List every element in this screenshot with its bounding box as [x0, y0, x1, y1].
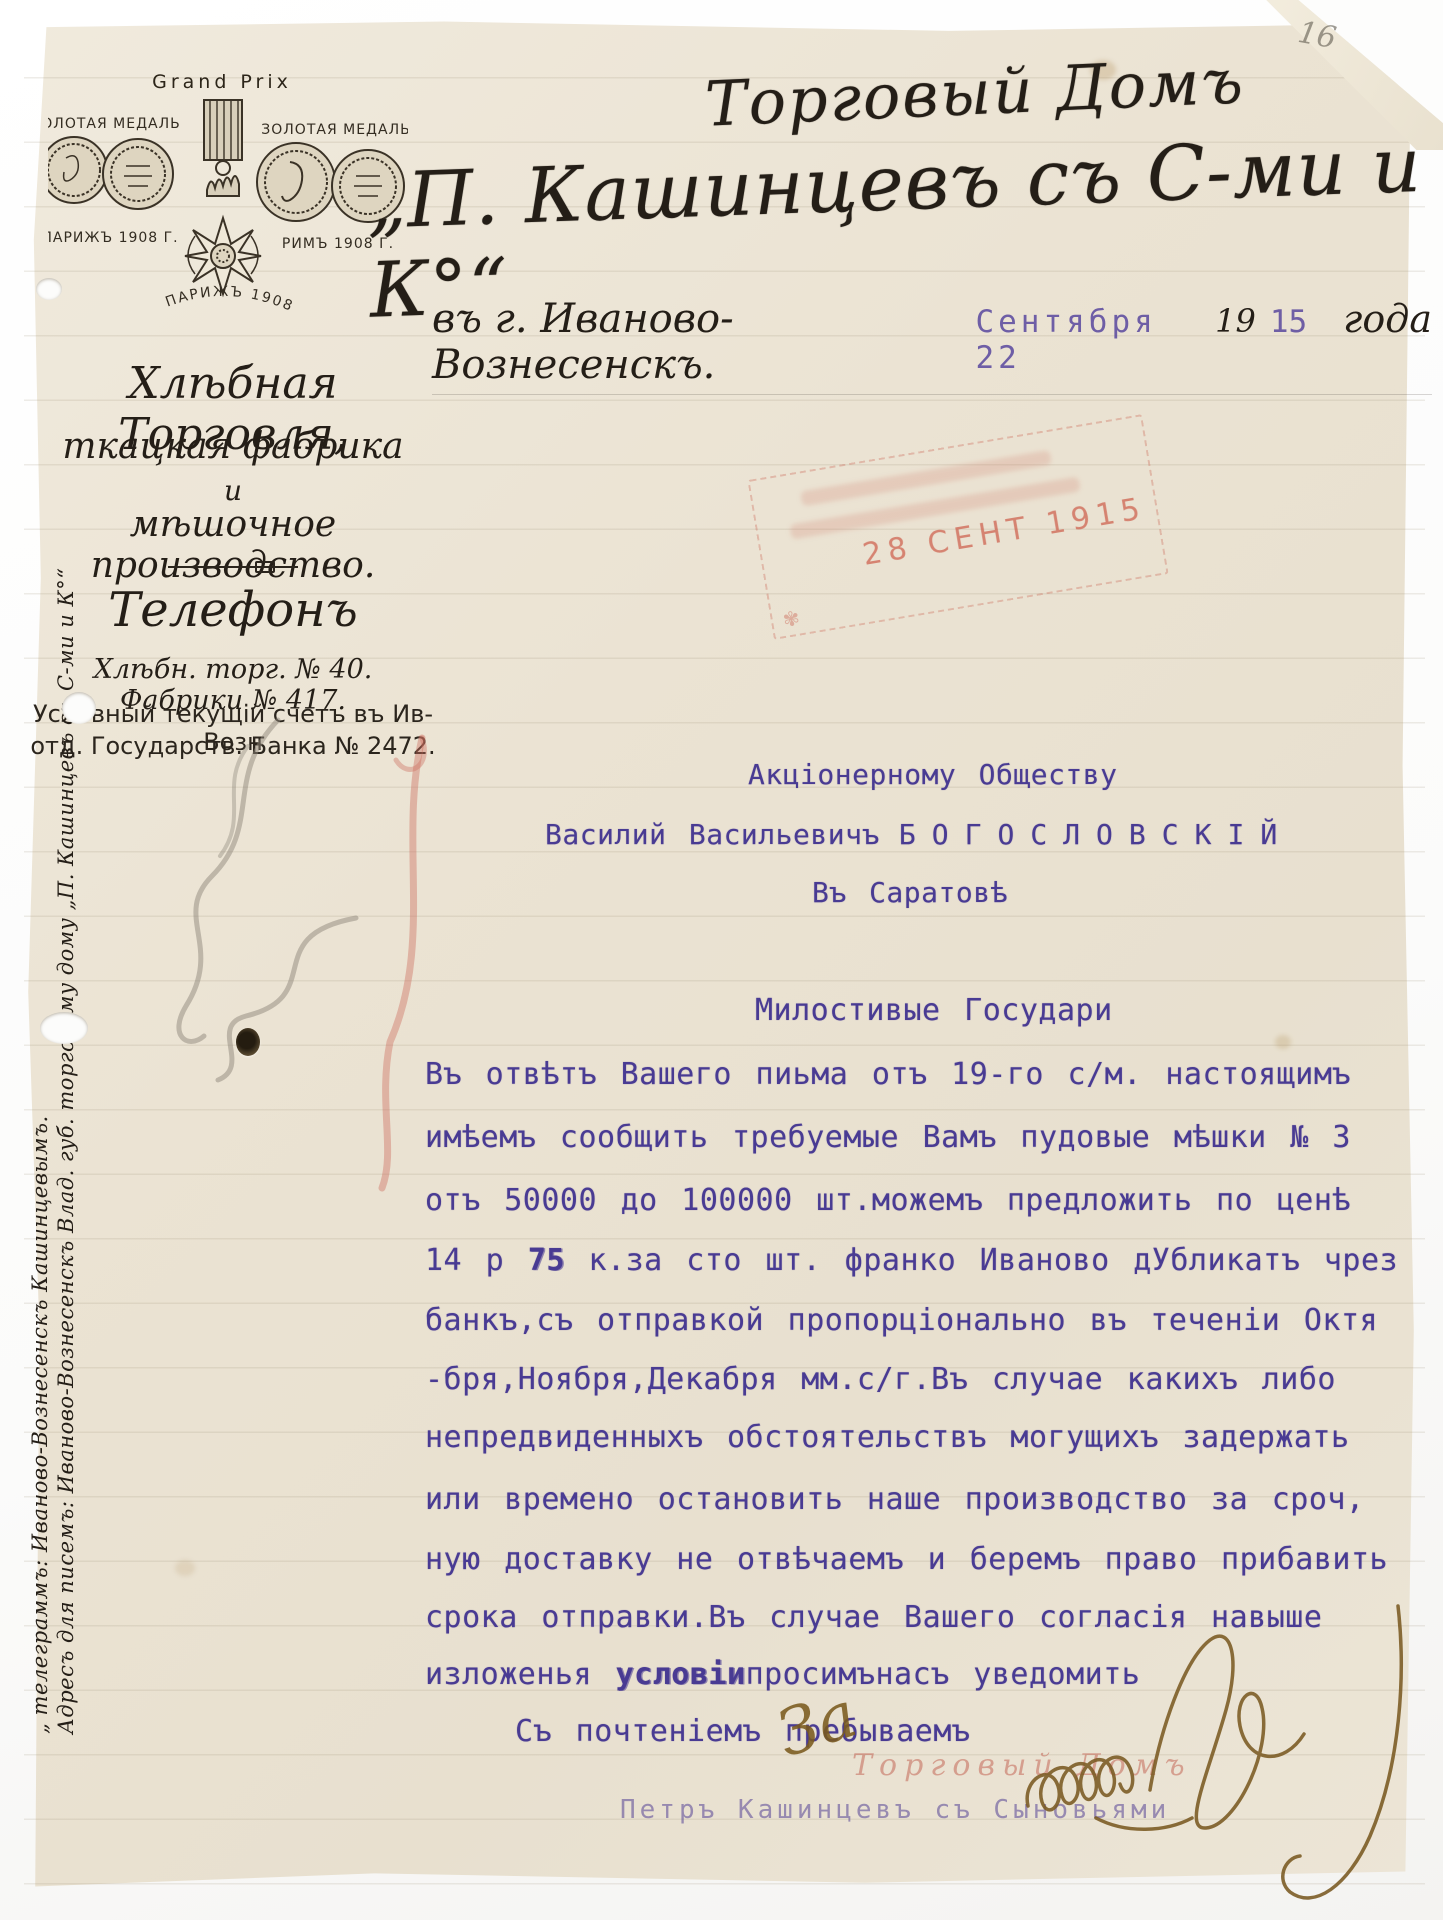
medal-left-place: ПАРИЖЪ 1908 Г. — [48, 230, 179, 246]
body-line: имѣемъ сообщить требуемые Вамъ пудовые м… — [425, 1120, 1351, 1155]
punch-hole — [236, 1028, 260, 1056]
flourish-divider — [168, 566, 298, 568]
recipient-line2: Василий Васильевичъ БОГОСЛОВСКІЙ — [545, 818, 1293, 851]
body-line: Въ отвѣтъ Вашего пиьма отъ 19-го с/м. на… — [425, 1057, 1351, 1092]
salutation: Милостивые Государи — [755, 993, 1113, 1028]
business-line-4: мѣшочное производство. — [28, 504, 438, 586]
body-line4-overstruck: 75 — [528, 1243, 565, 1278]
flourish-divider-tick — [255, 561, 275, 573]
medals-engraving: Grand Prix ЗОЛОТАЯ МЕДАЛЬ — [48, 58, 408, 326]
handwritten-signature — [1000, 1600, 1430, 1920]
medal-right-title: ЗОЛОТАЯ МЕДАЛЬ — [261, 122, 408, 138]
body-line: непредвиденныхъ обстоятельствъ могущихъ … — [425, 1420, 1350, 1455]
paper-stain — [1275, 1035, 1291, 1049]
scanned-letter-photo: Grand Prix ЗОЛОТАЯ МЕДАЛЬ — [0, 0, 1443, 1920]
body-line11-a: изложенья — [425, 1657, 616, 1692]
recipient-line1: Акціонерному Обществу — [748, 758, 1118, 791]
telephone-title: Телефонъ — [28, 582, 438, 638]
paper-tear — [40, 1012, 88, 1044]
medal-left-title: ЗОЛОТАЯ МЕДАЛЬ — [48, 116, 181, 132]
business-line-2: ткацкая фабрика — [28, 426, 438, 467]
body-line: отъ 50000 до 100000 шт.можемъ предложить… — [425, 1183, 1351, 1218]
body-line: 14 р 75 к.за сто шт. франко Иваново дУбл… — [425, 1243, 1398, 1278]
body-line11-overstruck: условіи — [616, 1657, 746, 1692]
recipient-name: Василий Васильевичъ — [545, 818, 880, 851]
year-printed: 19 — [1215, 302, 1256, 340]
date-line: въ г. Иваново-Вознесенскъ. Сентября 22 1… — [432, 296, 1432, 395]
business-line-3: и — [28, 474, 438, 507]
body-line: ную доставку не отвѣчаемъ и беремъ право… — [425, 1542, 1388, 1577]
paper-tear — [36, 278, 62, 300]
paper-tear — [62, 692, 96, 724]
vertical-address-line2: „ телеграммъ: Иваново-Вознесенскъ Кашинц… — [28, 1164, 52, 1734]
recipient-city: Въ Саратовѣ — [812, 876, 1008, 909]
year-stamp: 15 — [1270, 304, 1307, 340]
body-line4-a: 14 р — [425, 1243, 528, 1278]
grand-prix-label: Grand Prix — [152, 71, 292, 93]
location-script: въ г. Иваново-Вознесенскъ. — [432, 296, 961, 388]
stamp-rosette-icon: ✾ — [781, 606, 801, 632]
body-line: -бря,Ноября,Декабря мм.с/г.Въ случае как… — [425, 1362, 1336, 1397]
date-stamp: Сентября 22 — [975, 304, 1201, 376]
paper-stain — [175, 1560, 195, 1576]
pencil-page-number: 16 — [1295, 15, 1339, 56]
recipient-surname: БОГОСЛОВСКІЙ — [899, 818, 1293, 851]
year-suffix: года — [1343, 297, 1432, 341]
vertical-address-line1: Адресъ для писемъ: Иваново-Вознесенскъ В… — [54, 734, 78, 1734]
closing-line: Съ почтеніемъ пребываемъ — [515, 1714, 970, 1749]
body-line: банкъ,съ отправкой пропорціонально въ те… — [425, 1303, 1378, 1338]
body-line: или времено остановить наше производство… — [425, 1482, 1365, 1517]
body-line4-c: к.за сто шт. франко Иваново дУбликатъ чр… — [565, 1243, 1398, 1278]
